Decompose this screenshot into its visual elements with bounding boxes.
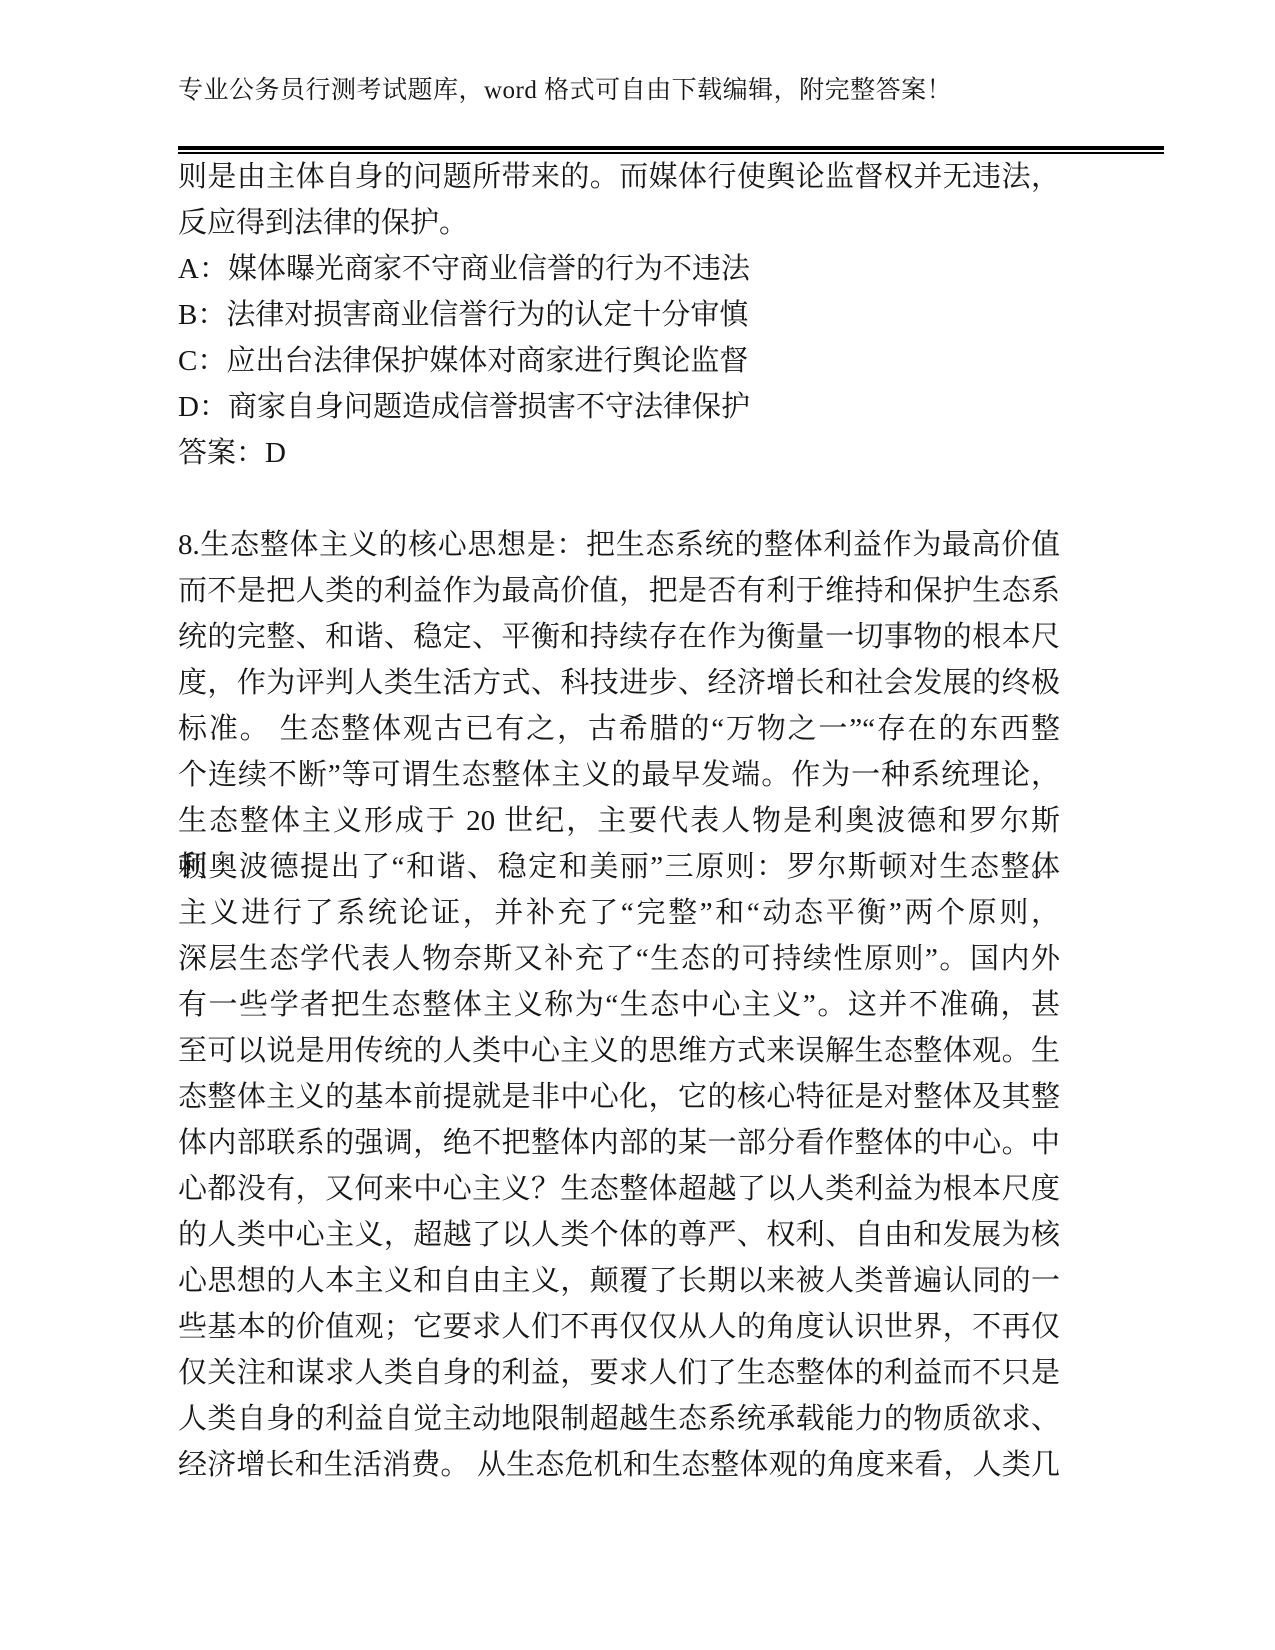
question8-line: 经济增长和生活消费。 从生态危机和生态整体观的角度来看，人类几 bbox=[178, 1442, 1060, 1488]
option-C: C：应出台法律保护媒体对商家进行舆论监督 bbox=[178, 338, 1060, 384]
answer-line: 答案：D bbox=[178, 430, 1060, 476]
header-divider-rule bbox=[178, 146, 1164, 154]
question8-line: 深层生态学代表人物奈斯又补充了“生态的可持续性原则”。国内外 bbox=[178, 936, 1060, 982]
blank-line bbox=[178, 476, 1060, 522]
question8-line: 人类自身的利益自觉主动地限制超越生态系统承载能力的物质欲求、 bbox=[178, 1396, 1060, 1442]
question-stem-line: 反应得到法律的保护。 bbox=[178, 200, 1060, 246]
question8-line: 标准。 生态整体观古已有之，古希腊的“万物之一”“存在的东西整 bbox=[178, 706, 1060, 752]
option-D: D：商家自身问题造成信誉损害不守法律保护 bbox=[178, 384, 1060, 430]
question8-line: 仅关注和谋求人类自身的利益，要求人们了生态整体的利益而不只是 bbox=[178, 1350, 1060, 1396]
question8-line: 生态整体主义形成于 20 世纪，主要代表人物是利奥波德和罗尔斯顿。 bbox=[178, 798, 1060, 844]
document-page: 专业公务员行测考试题库，word 格式可自由下载编辑，附完整答案！ 则是由主体自… bbox=[0, 0, 1275, 1650]
question8-line: 的人类中心主义，超越了以人类个体的尊严、权利、自由和发展为核 bbox=[178, 1212, 1060, 1258]
question8-line: 而不是把人类的利益作为最高价值，把是否有利于维持和保护生态系 bbox=[178, 568, 1060, 614]
question8-line: 统的完整、和谐、稳定、平衡和持续存在作为衡量一切事物的根本尺 bbox=[178, 614, 1060, 660]
question8-line: 度，作为评判人类生活方式、科技进步、经济增长和社会发展的终极 bbox=[178, 660, 1060, 706]
question8-line: 8.生态整体主义的核心思想是：把生态系统的整体利益作为最高价值 bbox=[178, 522, 1060, 568]
question8-line: 心都没有，又何来中心主义？生态整体超越了以人类利益为根本尺度 bbox=[178, 1166, 1060, 1212]
question8-line: 有一些学者把生态整体主义称为“生态中心主义”。这并不准确，甚 bbox=[178, 982, 1060, 1028]
question-stem-line: 则是由主体自身的问题所带来的。而媒体行使舆论监督权并无违法， bbox=[178, 154, 1060, 200]
question8-line: 态整体主义的基本前提就是非中心化，它的核心特征是对整体及其整 bbox=[178, 1074, 1060, 1120]
question8-line: 主义进行了系统论证，并补充了“完整”和“动态平衡”两个原则， bbox=[178, 890, 1060, 936]
question8-line: 至可以说是用传统的人类中心主义的思维方式来误解生态整体观。生 bbox=[178, 1028, 1060, 1074]
document-body: 则是由主体自身的问题所带来的。而媒体行使舆论监督权并无违法，反应得到法律的保护。… bbox=[178, 154, 1060, 1488]
question8-line: 利奥波德提出了“和谐、稳定和美丽”三原则：罗尔斯顿对生态整体 bbox=[178, 844, 1060, 890]
question8-line: 心思想的人本主义和自由主义，颠覆了长期以来被人类普遍认同的一 bbox=[178, 1258, 1060, 1304]
option-A: A：媒体曝光商家不守商业信誉的行为不违法 bbox=[178, 246, 1060, 292]
page-header: 专业公务员行测考试题库，word 格式可自由下载编辑，附完整答案！ bbox=[178, 78, 1275, 154]
question8-line: 个连续不断”等可谓生态整体主义的最早发端。作为一种系统理论， bbox=[178, 752, 1060, 798]
text-lines-container: 则是由主体自身的问题所带来的。而媒体行使舆论监督权并无违法，反应得到法律的保护。… bbox=[178, 154, 1060, 1488]
header-text: 专业公务员行测考试题库，word 格式可自由下载编辑，附完整答案！ bbox=[178, 78, 1164, 104]
question8-line: 体内部联系的强调，绝不把整体内部的某一部分看作整体的中心。中 bbox=[178, 1120, 1060, 1166]
option-B: B：法律对损害商业信誉行为的认定十分审慎 bbox=[178, 292, 1060, 338]
question8-line: 些基本的价值观；它要求人们不再仅仅从人的角度认识世界，不再仅 bbox=[178, 1304, 1060, 1350]
